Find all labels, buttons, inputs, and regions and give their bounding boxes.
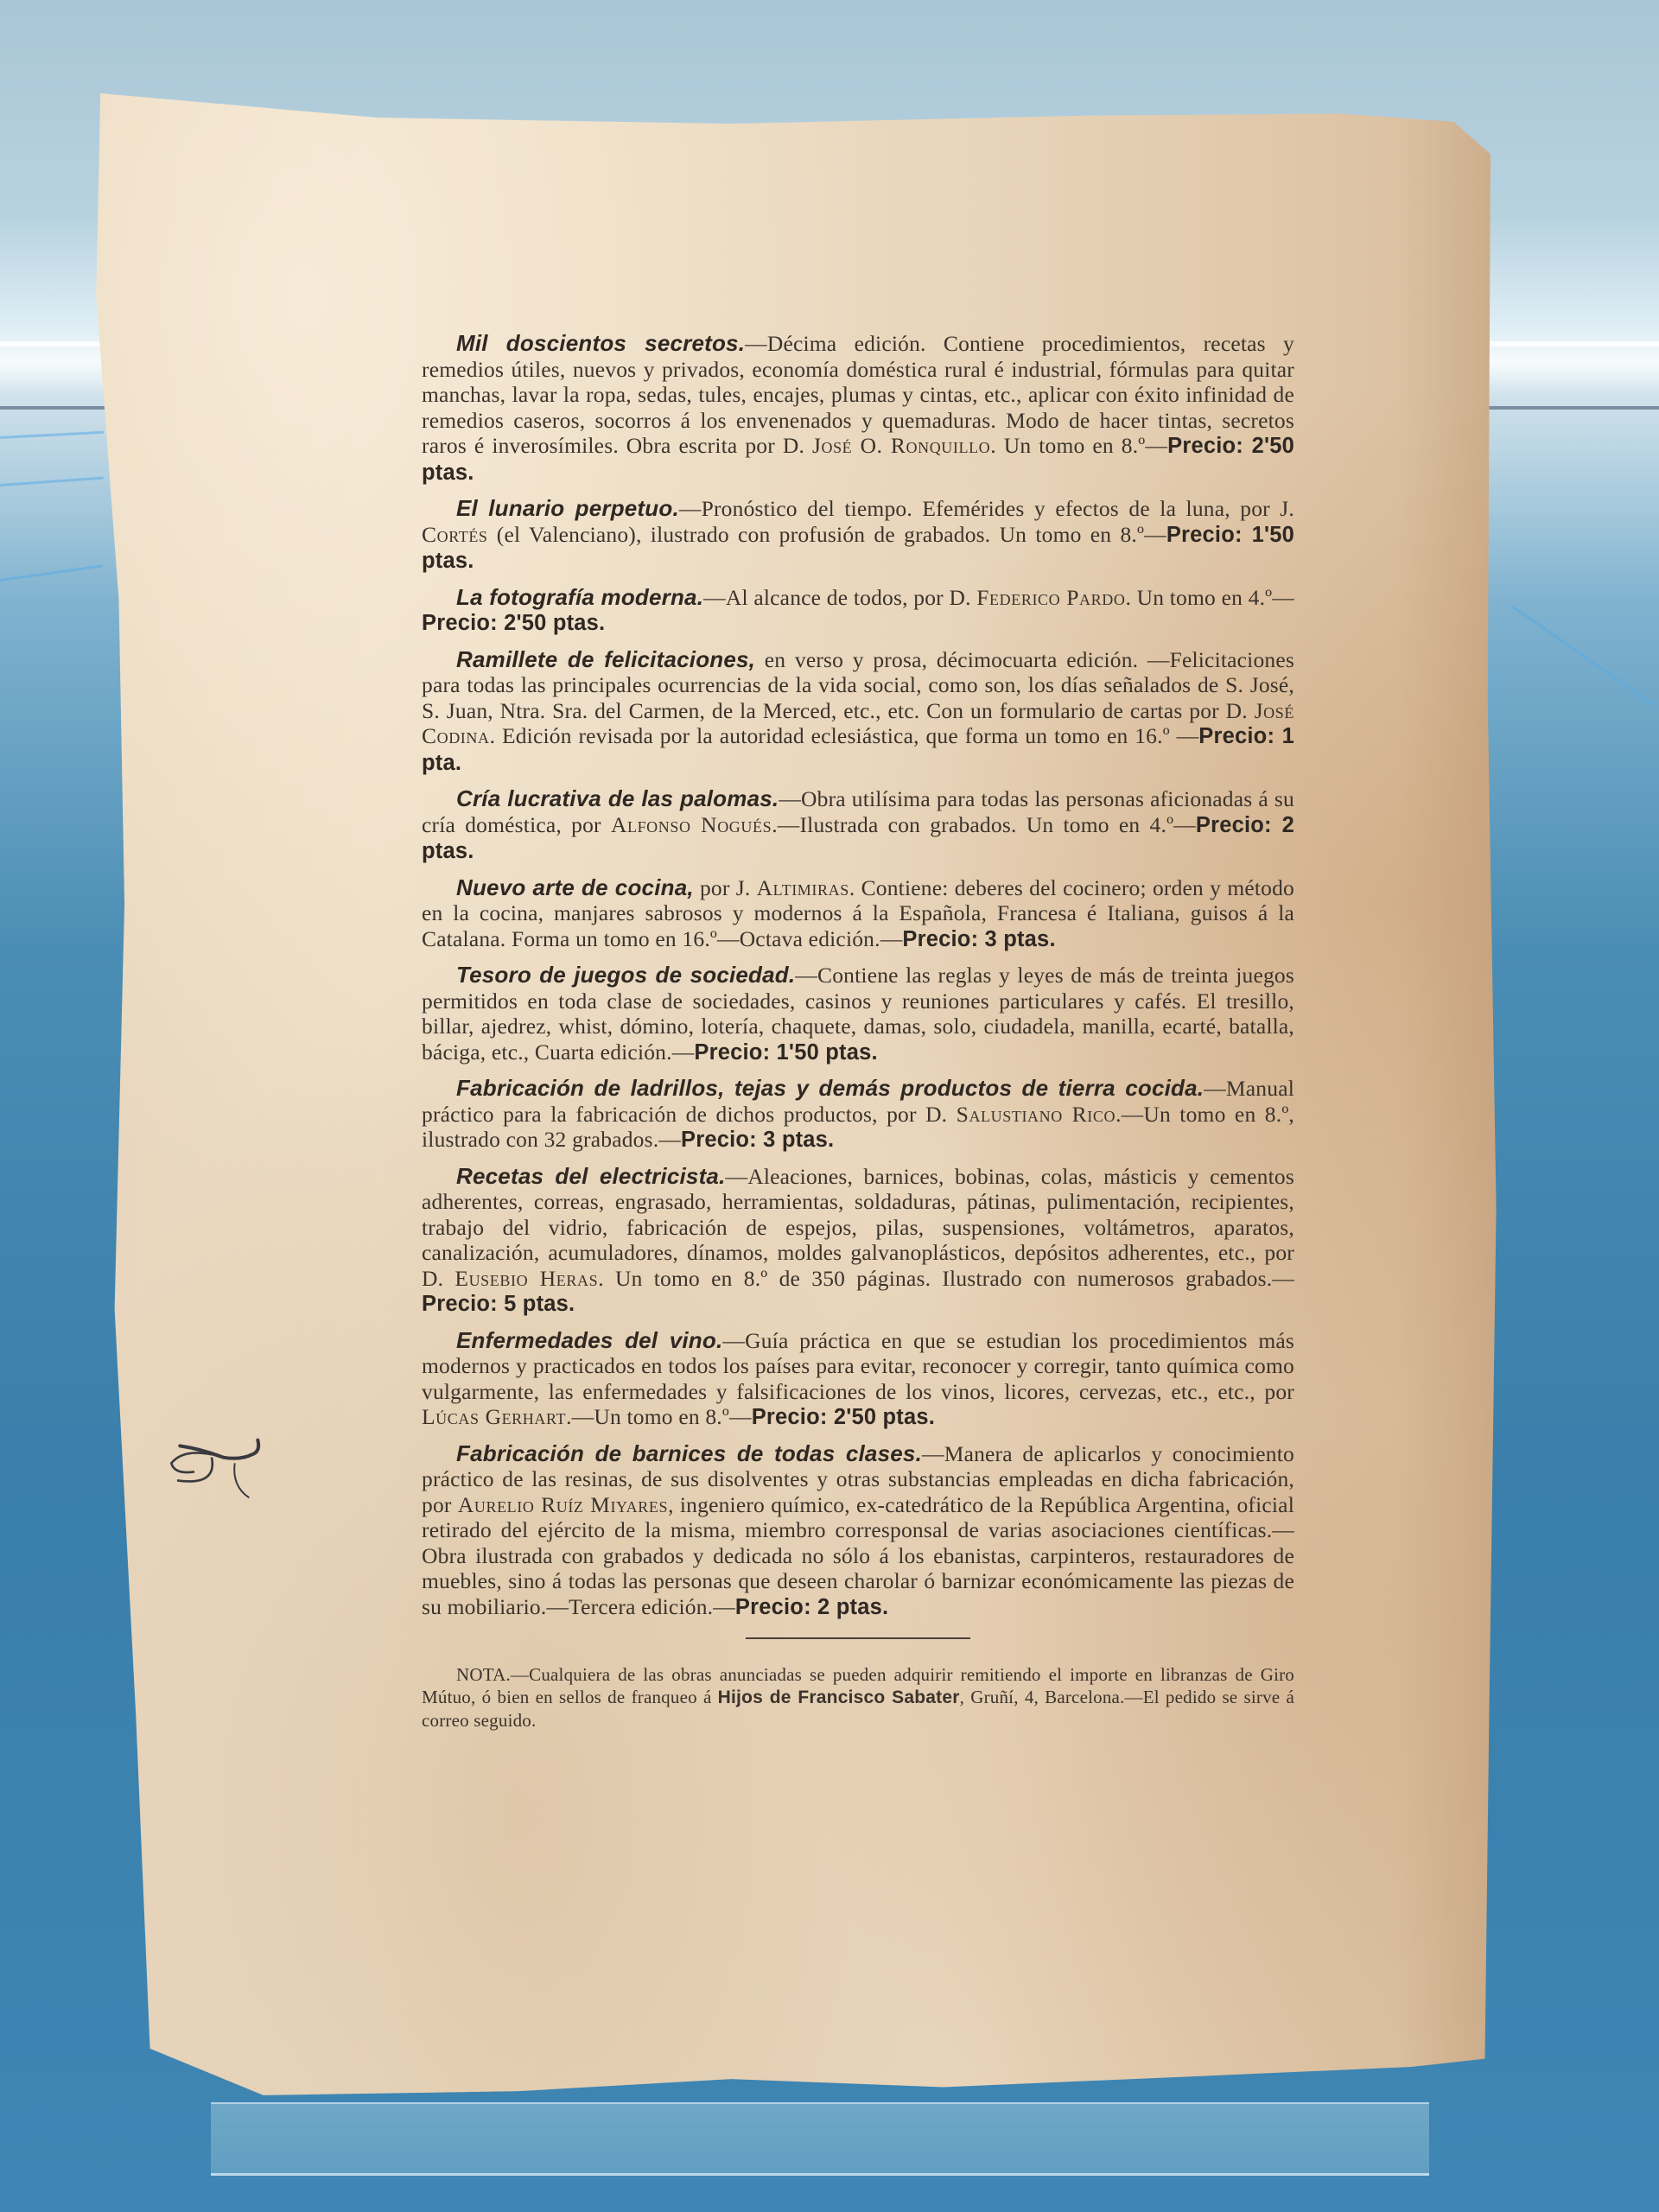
book-title: La fotografía moderna. <box>456 584 703 610</box>
book-title: El lunario perpetuo. <box>456 495 679 521</box>
entry-description-cont: .—Un tomo en 8.º— <box>566 1404 752 1429</box>
author-name: Alfonso Nogués <box>611 812 772 837</box>
book-entry: Ramillete de felicitaciones, en verso y … <box>422 647 1294 777</box>
book-title: Enfermedades del vino. <box>456 1327 722 1353</box>
publisher-name: Hijos de Francisco Sabater <box>718 1688 960 1707</box>
entry-description: —Pronóstico del tiempo. Efemérides y efe… <box>679 496 1294 521</box>
entry-description-cont: . Un tomo en 8.º— <box>990 433 1167 458</box>
book-entry-list: Mil doscientos secretos.—Décima edición.… <box>422 331 1294 1620</box>
handwritten-monogram-icon <box>147 1417 276 1503</box>
book-entry: Cría lucrativa de las palomas.—Obra util… <box>422 786 1294 865</box>
book-price: Precio: 1'50 ptas. <box>694 1040 877 1065</box>
book-entry: Enfermedades del vino.—Guía práctica en … <box>422 1328 1294 1431</box>
book-price: Precio: 3 ptas. <box>902 927 1055 951</box>
author-name: Federico Pardo <box>976 585 1125 610</box>
background-reflection-line <box>0 431 104 439</box>
divider-rule <box>746 1637 970 1639</box>
entry-description-cont: (el Valenciano), ilustrado con profusión… <box>488 522 1166 547</box>
author-name: José O. Ronquillo <box>812 433 990 458</box>
background-reflection-line <box>0 564 103 582</box>
entry-description-cont: . Edición revisada por la autoridad ecle… <box>490 723 1199 748</box>
background-reflection-line <box>0 477 104 486</box>
book-entry: Recetas del electricista.—Aleaciones, ba… <box>422 1164 1294 1318</box>
catalog-text: Mil doscientos secretos.—Décima edición.… <box>422 331 1294 1750</box>
book-title: Recetas del electricista. <box>456 1163 726 1189</box>
book-title: Fabricación de barnices de todas clases. <box>456 1440 922 1466</box>
note-label: NOTA. <box>456 1664 511 1685</box>
author-name: Salustiano Rico <box>957 1102 1116 1127</box>
book-price: Precio: 5 ptas. <box>422 1292 575 1316</box>
book-title: Ramillete de felicitaciones, <box>456 646 755 672</box>
book-entry: Nuevo arte de cocina, por J. Altimiras. … <box>422 875 1294 953</box>
acrylic-stand <box>211 2102 1429 2176</box>
book-entry: Fabricación de barnices de todas clases.… <box>422 1441 1294 1621</box>
entry-description: por J. <box>694 875 757 900</box>
author-name: Cortés <box>422 522 488 547</box>
book-title: Tesoro de juegos de sociedad. <box>456 962 795 988</box>
book-title: Mil doscientos secretos. <box>456 330 745 356</box>
book-entry: Fabricación de ladrillos, tejas y demás … <box>422 1076 1294 1154</box>
author-name: Eusebio Heras <box>454 1266 598 1291</box>
book-title: Cría lucrativa de las palomas. <box>456 785 779 811</box>
background-reflection-line <box>1511 605 1655 706</box>
author-name: Aurelio Ruíz Miyares <box>458 1492 668 1517</box>
entry-description-cont: . Un tomo en 4.º— <box>1125 585 1294 610</box>
entry-description: —Al alcance de todos, por D. <box>703 585 976 610</box>
author-name: Altimiras <box>757 875 849 900</box>
order-note: NOTA.—Cualquiera de las obras anunciadas… <box>422 1663 1294 1732</box>
book-title: Fabricación de ladrillos, tejas y demás … <box>456 1075 1204 1101</box>
book-price: Precio: 2 ptas. <box>735 1595 888 1619</box>
entry-description-cont: .—Ilustrada con grabados. Un tomo en 4.º… <box>772 812 1196 837</box>
book-price: Precio: 2'50 ptas. <box>752 1405 935 1429</box>
book-entry: Mil doscientos secretos.—Décima edición.… <box>422 331 1294 486</box>
book-title: Nuevo arte de cocina, <box>456 874 694 900</box>
book-price: Precio: 2'50 ptas. <box>422 611 605 635</box>
author-name: Lúcas Gerhart <box>422 1404 566 1429</box>
book-entry: Tesoro de juegos de sociedad.—Contiene l… <box>422 963 1294 1065</box>
book-entry: La fotografía moderna.—Al alcance de tod… <box>422 585 1294 637</box>
book-price: Precio: 3 ptas. <box>681 1128 834 1152</box>
entry-description-cont: . Un tomo en 8.º de 350 páginas. Ilustra… <box>598 1266 1294 1291</box>
book-entry: El lunario perpetuo.—Pronóstico del tiem… <box>422 496 1294 575</box>
